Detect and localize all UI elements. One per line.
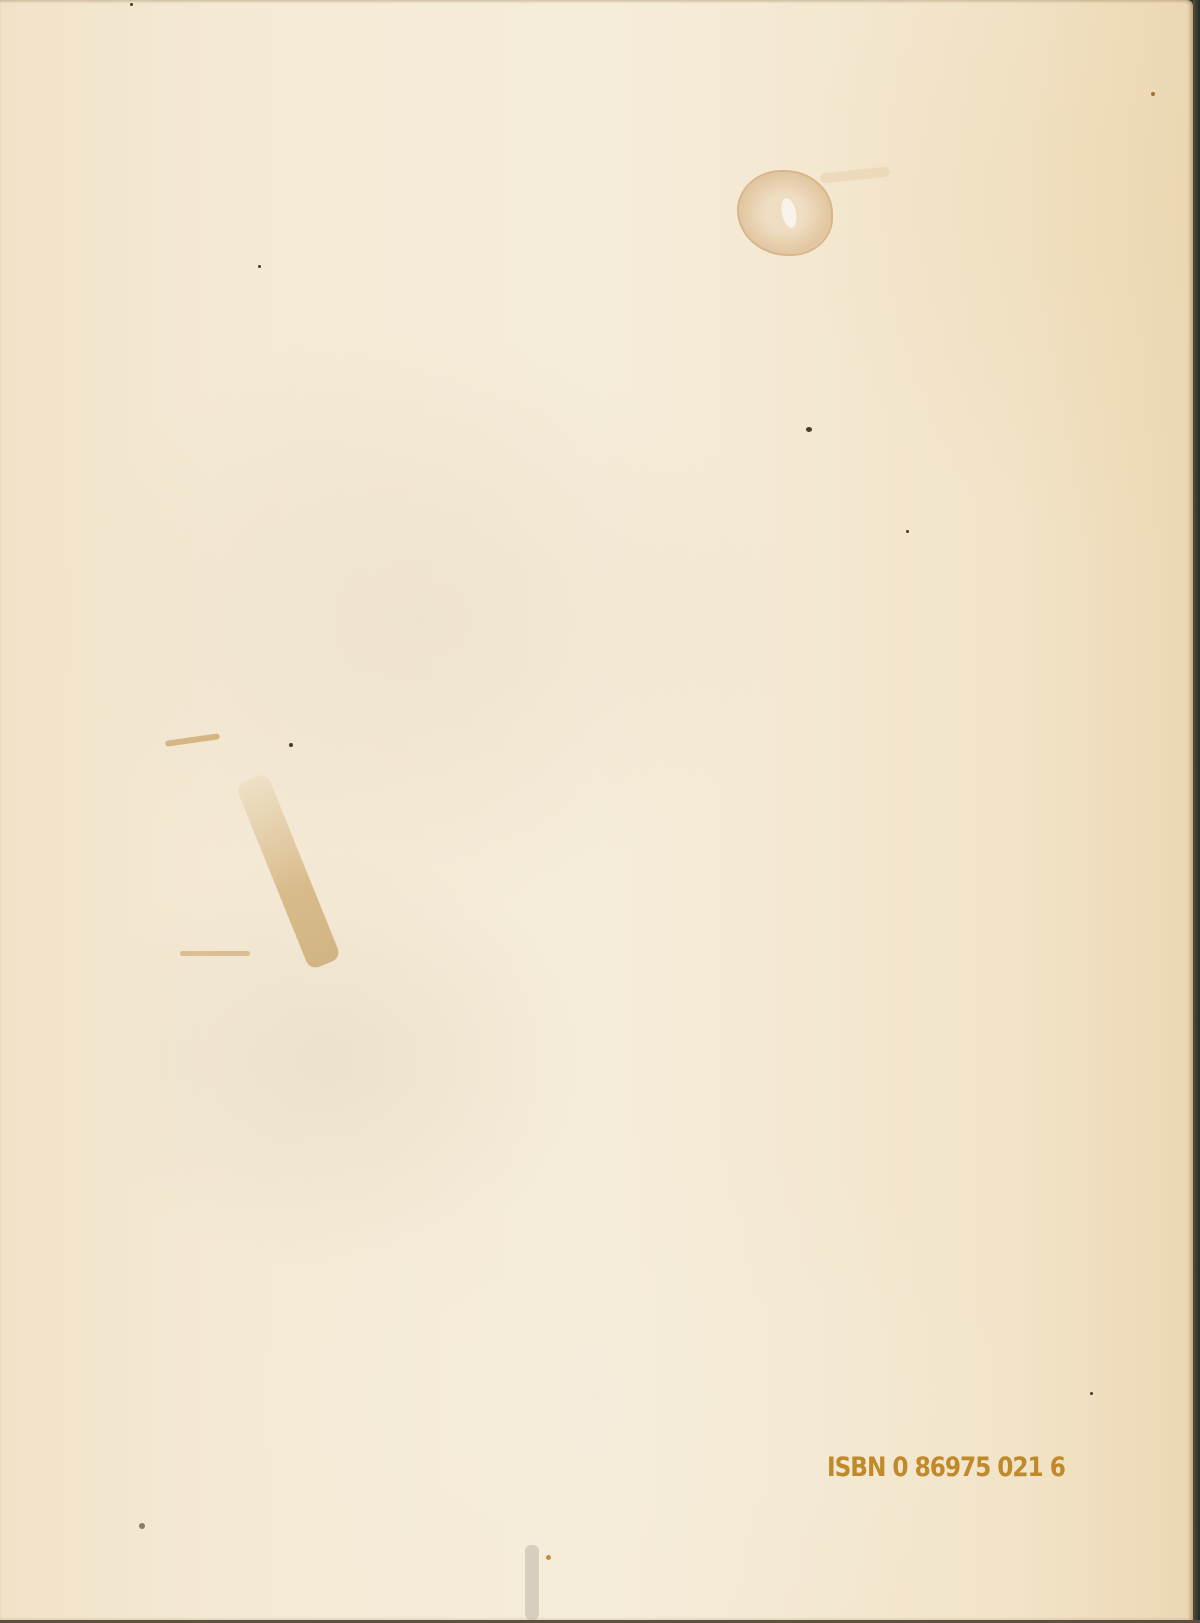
speck [806,427,812,432]
scuff-mark [525,1545,539,1620]
speck [289,743,293,747]
stain-mark [180,951,250,956]
speck [546,1555,551,1560]
speck [906,530,909,533]
stain-mark [235,772,341,970]
scanner-edge [1193,0,1200,1623]
stain-mark [165,733,220,747]
stain-mark [820,166,891,183]
speck [258,265,261,268]
isbn-label: ISBN 0 86975 021 6 [827,1452,1027,1484]
speck [130,3,133,6]
speck [1151,92,1155,96]
speck [139,1523,145,1529]
book-back-cover: ISBN 0 86975 021 6 [0,0,1193,1620]
speck [1090,1392,1093,1395]
